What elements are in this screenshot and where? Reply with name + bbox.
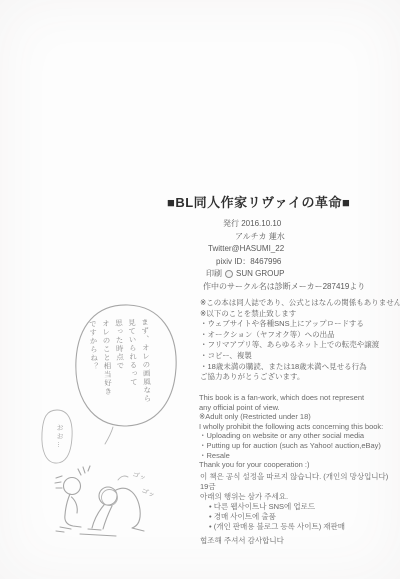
english-notice: This book is a fan-work, which does not … [199, 393, 383, 470]
kr-notice-line: 협조해 주셔서 감사합니다 [200, 536, 388, 546]
en-notice-line: ※Adult only (Restricted under 18) [199, 412, 383, 422]
japanese-notice: ※この本は同人誌であり、公式とはなんの関係もありません。 ※以下のことを禁止致し… [200, 298, 400, 383]
kr-notice-line: • 다른 웹사이트나 SNS에 업로드 [200, 502, 388, 512]
korean-notice: 이 책은 공식 설정을 따르지 않습니다. (개인의 망상입니다) 19금 아래… [200, 472, 388, 546]
sfx-bonk-2: ゴッ [140, 487, 156, 500]
publication-info: 発行 2016.10.10 アルチカ 蓮水 Twitter@HASUMI_22 … [203, 218, 365, 293]
en-notice-line: ・Putting up for auction (such as Yahoo! … [199, 441, 383, 451]
kneeling-figure [60, 478, 81, 530]
ground-marks [56, 531, 116, 536]
doujin-colophon-page: ■BL同人作家リヴァイの革命■ 発行 2016.10.10 アルチカ 蓮水 Tw… [0, 0, 400, 579]
jp-notice-line: ・ウェブサイトや各種SNS上にアップロードする [200, 319, 400, 330]
jp-notice-line: ・コピー、複製 [200, 351, 400, 362]
speech-bubble-text: まず、オレの画風なら 見ていられるって 思った時点で オレのこと相当好き ですか… [86, 318, 154, 420]
twitter-line: Twitter@HASUMI_22 [203, 243, 365, 256]
printer-line: 印刷 SUN GROUP [203, 268, 365, 281]
sun-group-logo-icon [225, 270, 233, 278]
small-bubble-text: おお… [54, 424, 64, 450]
published-line: 発行 2016.10.10 [203, 218, 365, 231]
sfx-bonk-1: ゴッ [131, 470, 147, 482]
en-notice-line: ・Uploading on website or any other socia… [199, 431, 383, 441]
en-notice-line: Thank you for your cooperation :) [199, 460, 383, 470]
speech-bubble-tail [105, 427, 113, 444]
en-notice-line: ・Resale [199, 451, 383, 461]
kr-notice-line: 이 책은 공식 설정을 따르지 않습니다. (개인의 망상입니다) [200, 472, 388, 482]
en-notice-line: I wholly prohibit the following acts con… [199, 422, 383, 432]
author-line: アルチカ 蓮水 [203, 231, 365, 244]
printer-name: SUN GROUP [236, 268, 284, 281]
kr-notice-line: • 경매 사이트에 출품 [200, 512, 388, 522]
en-notice-line: any official point of view. [199, 403, 383, 413]
en-notice-line: This book is a fan-work, which does not … [199, 393, 383, 403]
kr-notice-line: 19금 [200, 482, 388, 492]
jp-notice-line: ・18歳未満の購読、または18歳未満へ見せる行為 [200, 362, 400, 373]
circle-note-line: 作中のサークル名は診断メーカー287419より [203, 281, 365, 294]
kr-notice-line: • (개인 판매용 블로그 등록 사이트) 재판매 [200, 522, 388, 532]
page-title: ■BL同人作家リヴァイの革命■ [167, 192, 350, 211]
printer-label: 印刷 [206, 268, 222, 281]
bowing-figure [88, 476, 144, 531]
pixiv-line: pixiv ID：8467996 [203, 256, 365, 269]
jp-notice-line: ※以下のことを禁止致します [200, 309, 400, 320]
jp-notice-line: ※この本は同人誌であり、公式とはなんの関係もありません。 [200, 298, 400, 309]
jp-notice-line: ・フリマアプリ等、あらゆるネット上での転売や譲渡 [200, 340, 400, 351]
jp-notice-line: ご協力ありがとうございます。 [200, 372, 400, 383]
kr-notice-line: 아래의 행위는 삼가 주세요. [200, 492, 388, 502]
jp-notice-line: ・オークション（ヤフオク等）への出品 [200, 330, 400, 341]
